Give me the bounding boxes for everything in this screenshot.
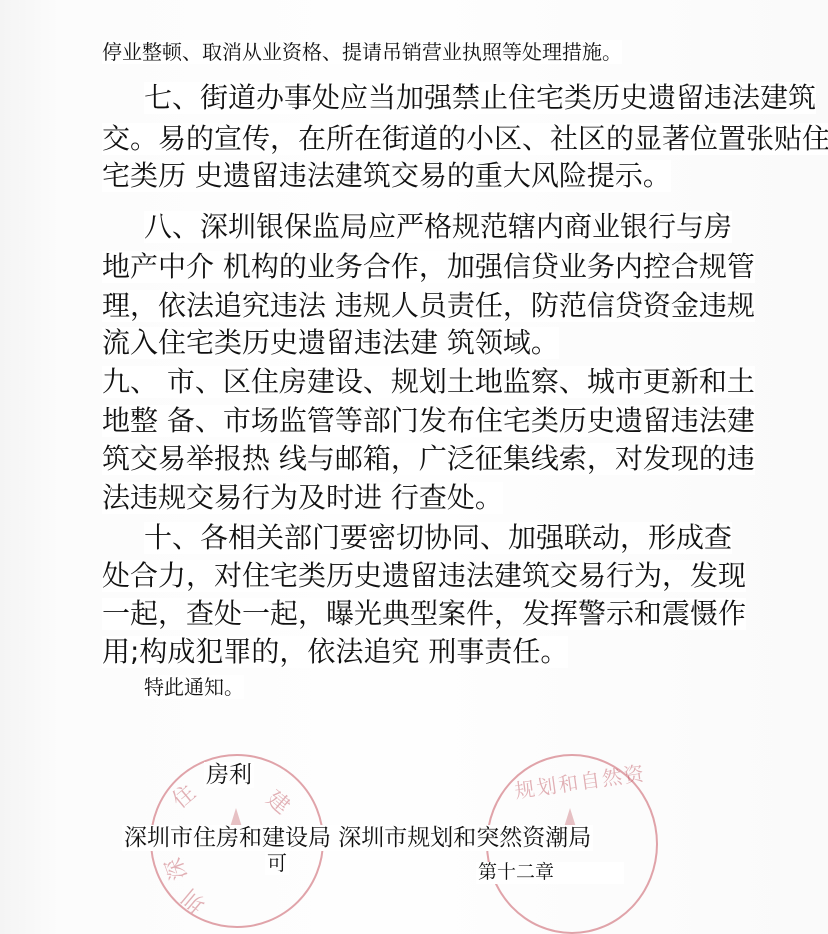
seal-overlay-bottom-text: 可	[265, 852, 289, 875]
seal-overlay-top-text: 房利	[204, 762, 254, 788]
section-8-line-4: 流入住宅类历史遗留违法建 筑领域。	[102, 327, 559, 359]
section-10-line-1: 十、各相关部门要密切协同、加强联动，形成查	[144, 522, 732, 554]
section-10-line-3: 一起，查处一起，曝光典型案件，发挥警示和震慑作	[102, 598, 746, 630]
section-9-line-4: 法违规交易行为及时进 行查处。	[102, 482, 503, 514]
section-7-line-2: 交。易的宣传，在所在街道的小区、社区的显著位置张贴住	[102, 123, 828, 155]
text-line-1: 停业整顿、取消从业资格、提请吊销营业执照等处理措施。	[102, 40, 622, 64]
section-9-line-3: 筑交易举报热 线与邮箱，广泛征集线索，对发现的违	[102, 443, 755, 475]
document-page: 停业整顿、取消从业资格、提请吊销营业执照等处理措施。 七、街道办事处应当加强禁止…	[0, 0, 828, 934]
seal-overlay-chapter-text: 第十二章	[476, 862, 624, 884]
section-10-line-4: 用;构成犯罪的，依法追究 刑事责任。	[102, 636, 568, 668]
section-8-line-3: 理，依法追究违法 违规人员责任，防范信贷资金违规	[102, 290, 755, 322]
section-9-line-1: 九、 市、区住房建设、规划土地监察、城市更新和土	[102, 366, 755, 398]
section-8-line-1: 八、深圳银保监局应严格规范辖内商业银行与房	[144, 211, 732, 243]
section-9-line-2: 地整 备、市场监管等部门发布住宅类历史遗留违法建	[102, 405, 755, 437]
section-10-line-2: 处合力，对住宅类历史遗留违法建筑交易行为，发现	[102, 560, 746, 592]
section-7-line-3: 宅类历 史遗留违法建筑交易的重大风险提示。	[102, 160, 671, 192]
signing-agencies: 深圳市住房和建设局 深圳市规划和突然资潮局	[122, 825, 593, 851]
section-8-line-2: 地产中介 机构的业务合作，加强信贷业务内控合规管	[102, 251, 755, 283]
section-7-line-1: 七、街道办事处应当加强禁止住宅类历史遗留违法建筑	[144, 82, 816, 114]
closing-text: 特此通知。	[144, 675, 244, 699]
